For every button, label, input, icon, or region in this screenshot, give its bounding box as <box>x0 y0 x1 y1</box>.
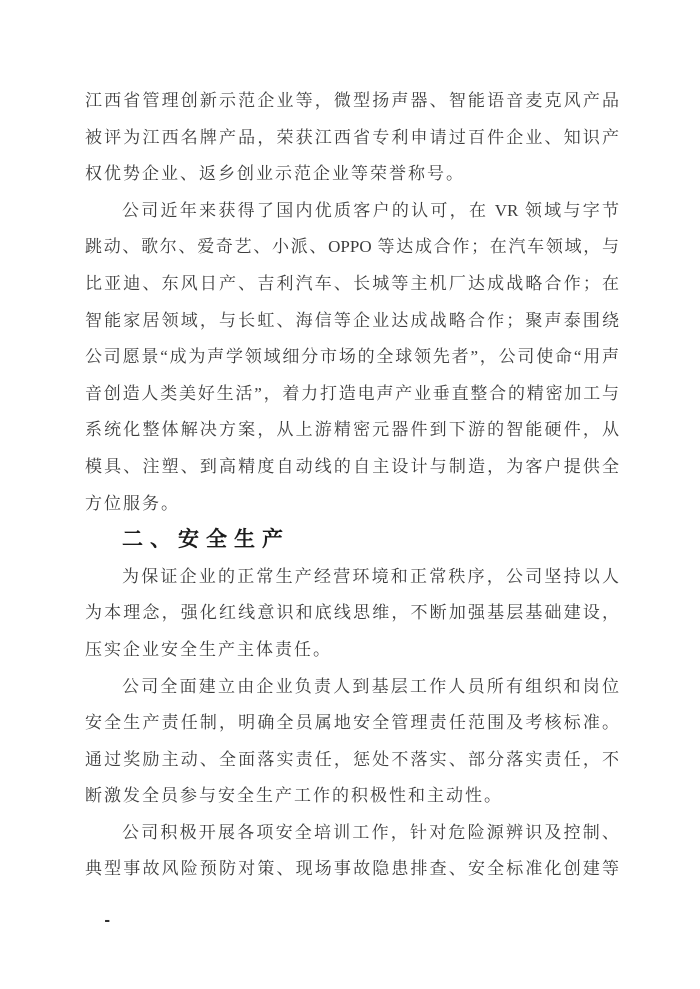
text-line: 为保证企业的正常生产经营环境和正常秩序，公司坚持以人 <box>85 559 619 596</box>
text-line: 断激发全员参与安全生产工作的积极性和主动性。 <box>85 778 619 815</box>
text-line: 跳动、歌尔、爱奇艺、小派、OPPO 等达成合作；在汽车领域，与 <box>85 229 619 266</box>
text-line: 通过奖励主动、全面落实责任，惩处不落实、部分落实责任，不 <box>85 742 619 779</box>
text-line: 方位服务。 <box>85 486 619 523</box>
footer-mark: - <box>103 911 111 931</box>
text-line: 系统化整体解决方案，从上游精密元器件到下游的智能硬件，从 <box>85 412 619 449</box>
text-line: 压实企业安全生产主体责任。 <box>85 632 619 669</box>
text-block: 江西省管理创新示范企业等，微型扬声器、智能语音麦克风产品被评为江西名牌产品，荣获… <box>85 83 619 888</box>
text-line: 模具、注塑、到高精度自动线的自主设计与制造，为客户提供全 <box>85 449 619 486</box>
text-line: 权优势企业、返乡创业示范企业等荣誉称号。 <box>85 156 619 193</box>
text-line: 被评为江西名牌产品，荣获江西省专利申请过百件企业、知识产 <box>85 120 619 157</box>
section-heading: 二、安全生产 <box>85 522 619 559</box>
text-line: 智能家居领域，与长虹、海信等企业达成战略合作；聚声泰围绕 <box>85 303 619 340</box>
text-line: 公司全面建立由企业负责人到基层工作人员所有组织和岗位 <box>85 669 619 706</box>
text-line: 典型事故风险预防对策、现场事故隐患排查、安全标准化创建等 <box>85 851 619 888</box>
document-page: 江西省管理创新示范企业等，微型扬声器、智能语音麦克风产品被评为江西名牌产品，荣获… <box>0 0 700 989</box>
text-line: 江西省管理创新示范企业等，微型扬声器、智能语音麦克风产品 <box>85 83 619 120</box>
text-line: 公司近年来获得了国内优质客户的认可，在 VR 领域与字节 <box>85 193 619 230</box>
text-line: 比亚迪、东风日产、吉利汽车、长城等主机厂达成战略合作；在 <box>85 266 619 303</box>
text-line: 公司愿景“成为声学领域细分市场的全球领先者”，公司使命“用声 <box>85 339 619 376</box>
text-line: 音创造人类美好生活”，着力打造电声产业垂直整合的精密加工与 <box>85 376 619 413</box>
text-line: 为本理念，强化红线意识和底线思维，不断加强基层基础建设， <box>85 595 619 632</box>
text-line: 安全生产责任制，明确全员属地安全管理责任范围及考核标准。 <box>85 705 619 742</box>
text-line: 公司积极开展各项安全培训工作，针对危险源辨识及控制、 <box>85 815 619 852</box>
